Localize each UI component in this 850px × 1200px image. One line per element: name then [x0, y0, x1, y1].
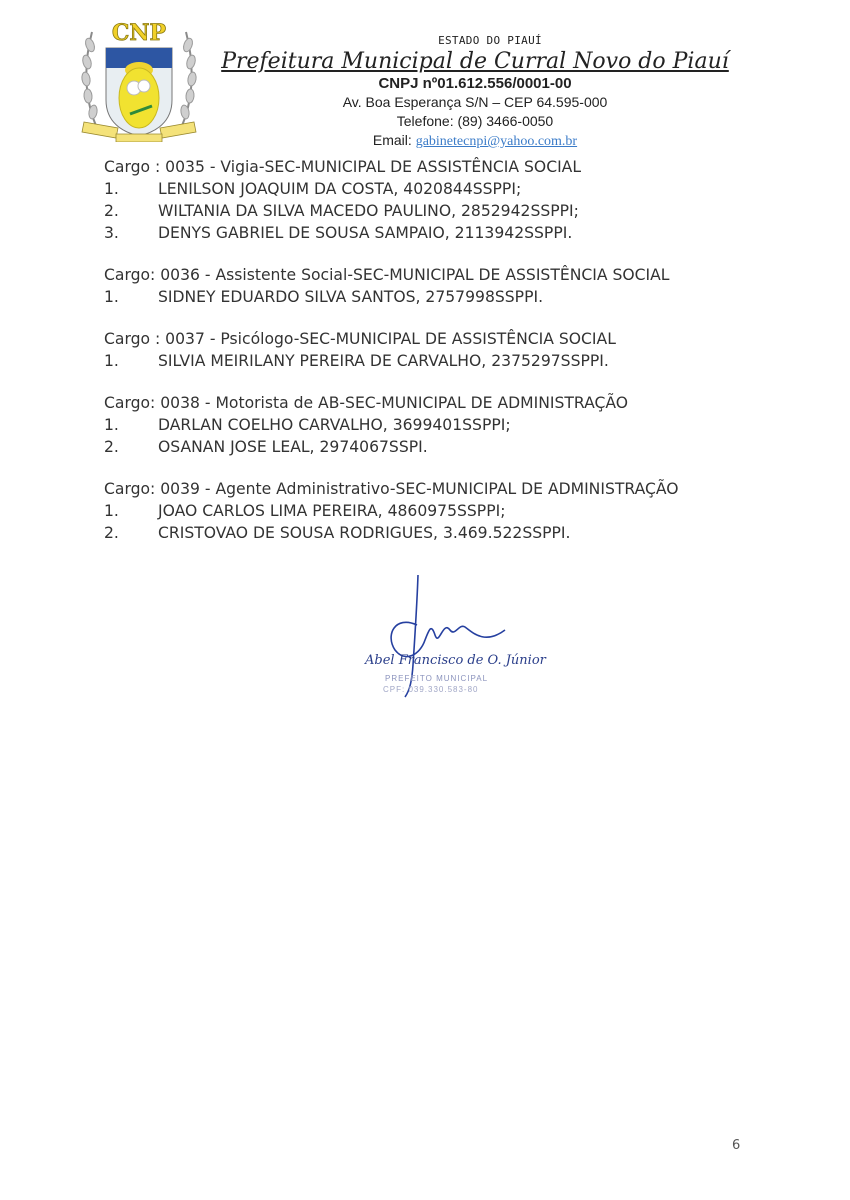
cargo-title: Cargo: 0036 - Assistente Social-SEC-MUNI… [104, 264, 746, 286]
list-item: 1.JOAO CARLOS LIMA PEREIRA, 4860975SSPPI… [104, 500, 746, 522]
list-item: 1.LENILSON JOAQUIM DA COSTA, 4020844SSPP… [104, 178, 746, 200]
cargo-title: Cargo: 0039 - Agente Administrativo-SEC-… [104, 478, 746, 500]
cargo-section: Cargo : 0037 - Psicólogo-SEC-MUNICIPAL D… [104, 328, 746, 372]
signer-role: PREFEITO MUNICIPAL [385, 674, 488, 683]
municipal-coat-of-arms-logo: CNP [78, 10, 200, 142]
page-number: 6 [732, 1138, 740, 1153]
email-line: Email: gabinetecnpi@yahoo.com.br [210, 131, 740, 151]
state-name: ESTADO DO PIAUÍ [240, 34, 740, 47]
cargo-section: Cargo: 0038 - Motorista de AB-SEC-MUNICI… [104, 392, 746, 458]
email-link[interactable]: gabinetecnpi@yahoo.com.br [416, 134, 577, 149]
list-item: 1.SILVIA MEIRILANY PEREIRA DE CARVALHO, … [104, 350, 746, 372]
cargo-title: Cargo : 0035 - Vigia-SEC-MUNICIPAL DE AS… [104, 156, 746, 178]
cnpj-number: CNPJ nº01.612.556/0001-00 [210, 75, 740, 93]
address: Av. Boa Esperança S/N – CEP 64.595-000 [210, 93, 740, 112]
list-item: 1.DARLAN COELHO CARVALHO, 3699401SSPPI; [104, 414, 746, 436]
coat-of-arms-icon: CNP [78, 10, 200, 142]
document-body: Cargo : 0035 - Vigia-SEC-MUNICIPAL DE AS… [104, 156, 746, 564]
signer-cpf: CPF: 039.330.583-80 [383, 685, 479, 694]
cargo-section: Cargo: 0036 - Assistente Social-SEC-MUNI… [104, 264, 746, 308]
municipality-title: Prefeitura Municipal de Curral Novo do P… [210, 49, 740, 75]
email-label: Email: [373, 132, 416, 148]
cargo-section: Cargo : 0035 - Vigia-SEC-MUNICIPAL DE AS… [104, 156, 746, 244]
signature-block: Abel Francisco de O. Júnior PREFEITO MUN… [355, 575, 535, 705]
cargo-section: Cargo: 0039 - Agente Administrativo-SEC-… [104, 478, 746, 544]
list-item: 2.OSANAN JOSE LEAL, 2974067SSPI. [104, 436, 746, 458]
phone: Telefone: (89) 3466-0050 [210, 112, 740, 131]
cargo-title: Cargo : 0037 - Psicólogo-SEC-MUNICIPAL D… [104, 328, 746, 350]
svg-text:CNP: CNP [112, 20, 166, 46]
list-item: 2.WILTANIA DA SILVA MACEDO PAULINO, 2852… [104, 200, 746, 222]
cargo-title: Cargo: 0038 - Motorista de AB-SEC-MUNICI… [104, 392, 746, 414]
list-item: 3.DENYS GABRIEL DE SOUSA SAMPAIO, 211394… [104, 222, 746, 244]
list-item: 2.CRISTOVAO DE SOUSA RODRIGUES, 3.469.52… [104, 522, 746, 544]
list-item: 1.SIDNEY EDUARDO SILVA SANTOS, 2757998SS… [104, 286, 746, 308]
signer-name: Abel Francisco de O. Júnior [365, 653, 546, 668]
letterhead: ESTADO DO PIAUÍ Prefeitura Municipal de … [210, 34, 740, 151]
